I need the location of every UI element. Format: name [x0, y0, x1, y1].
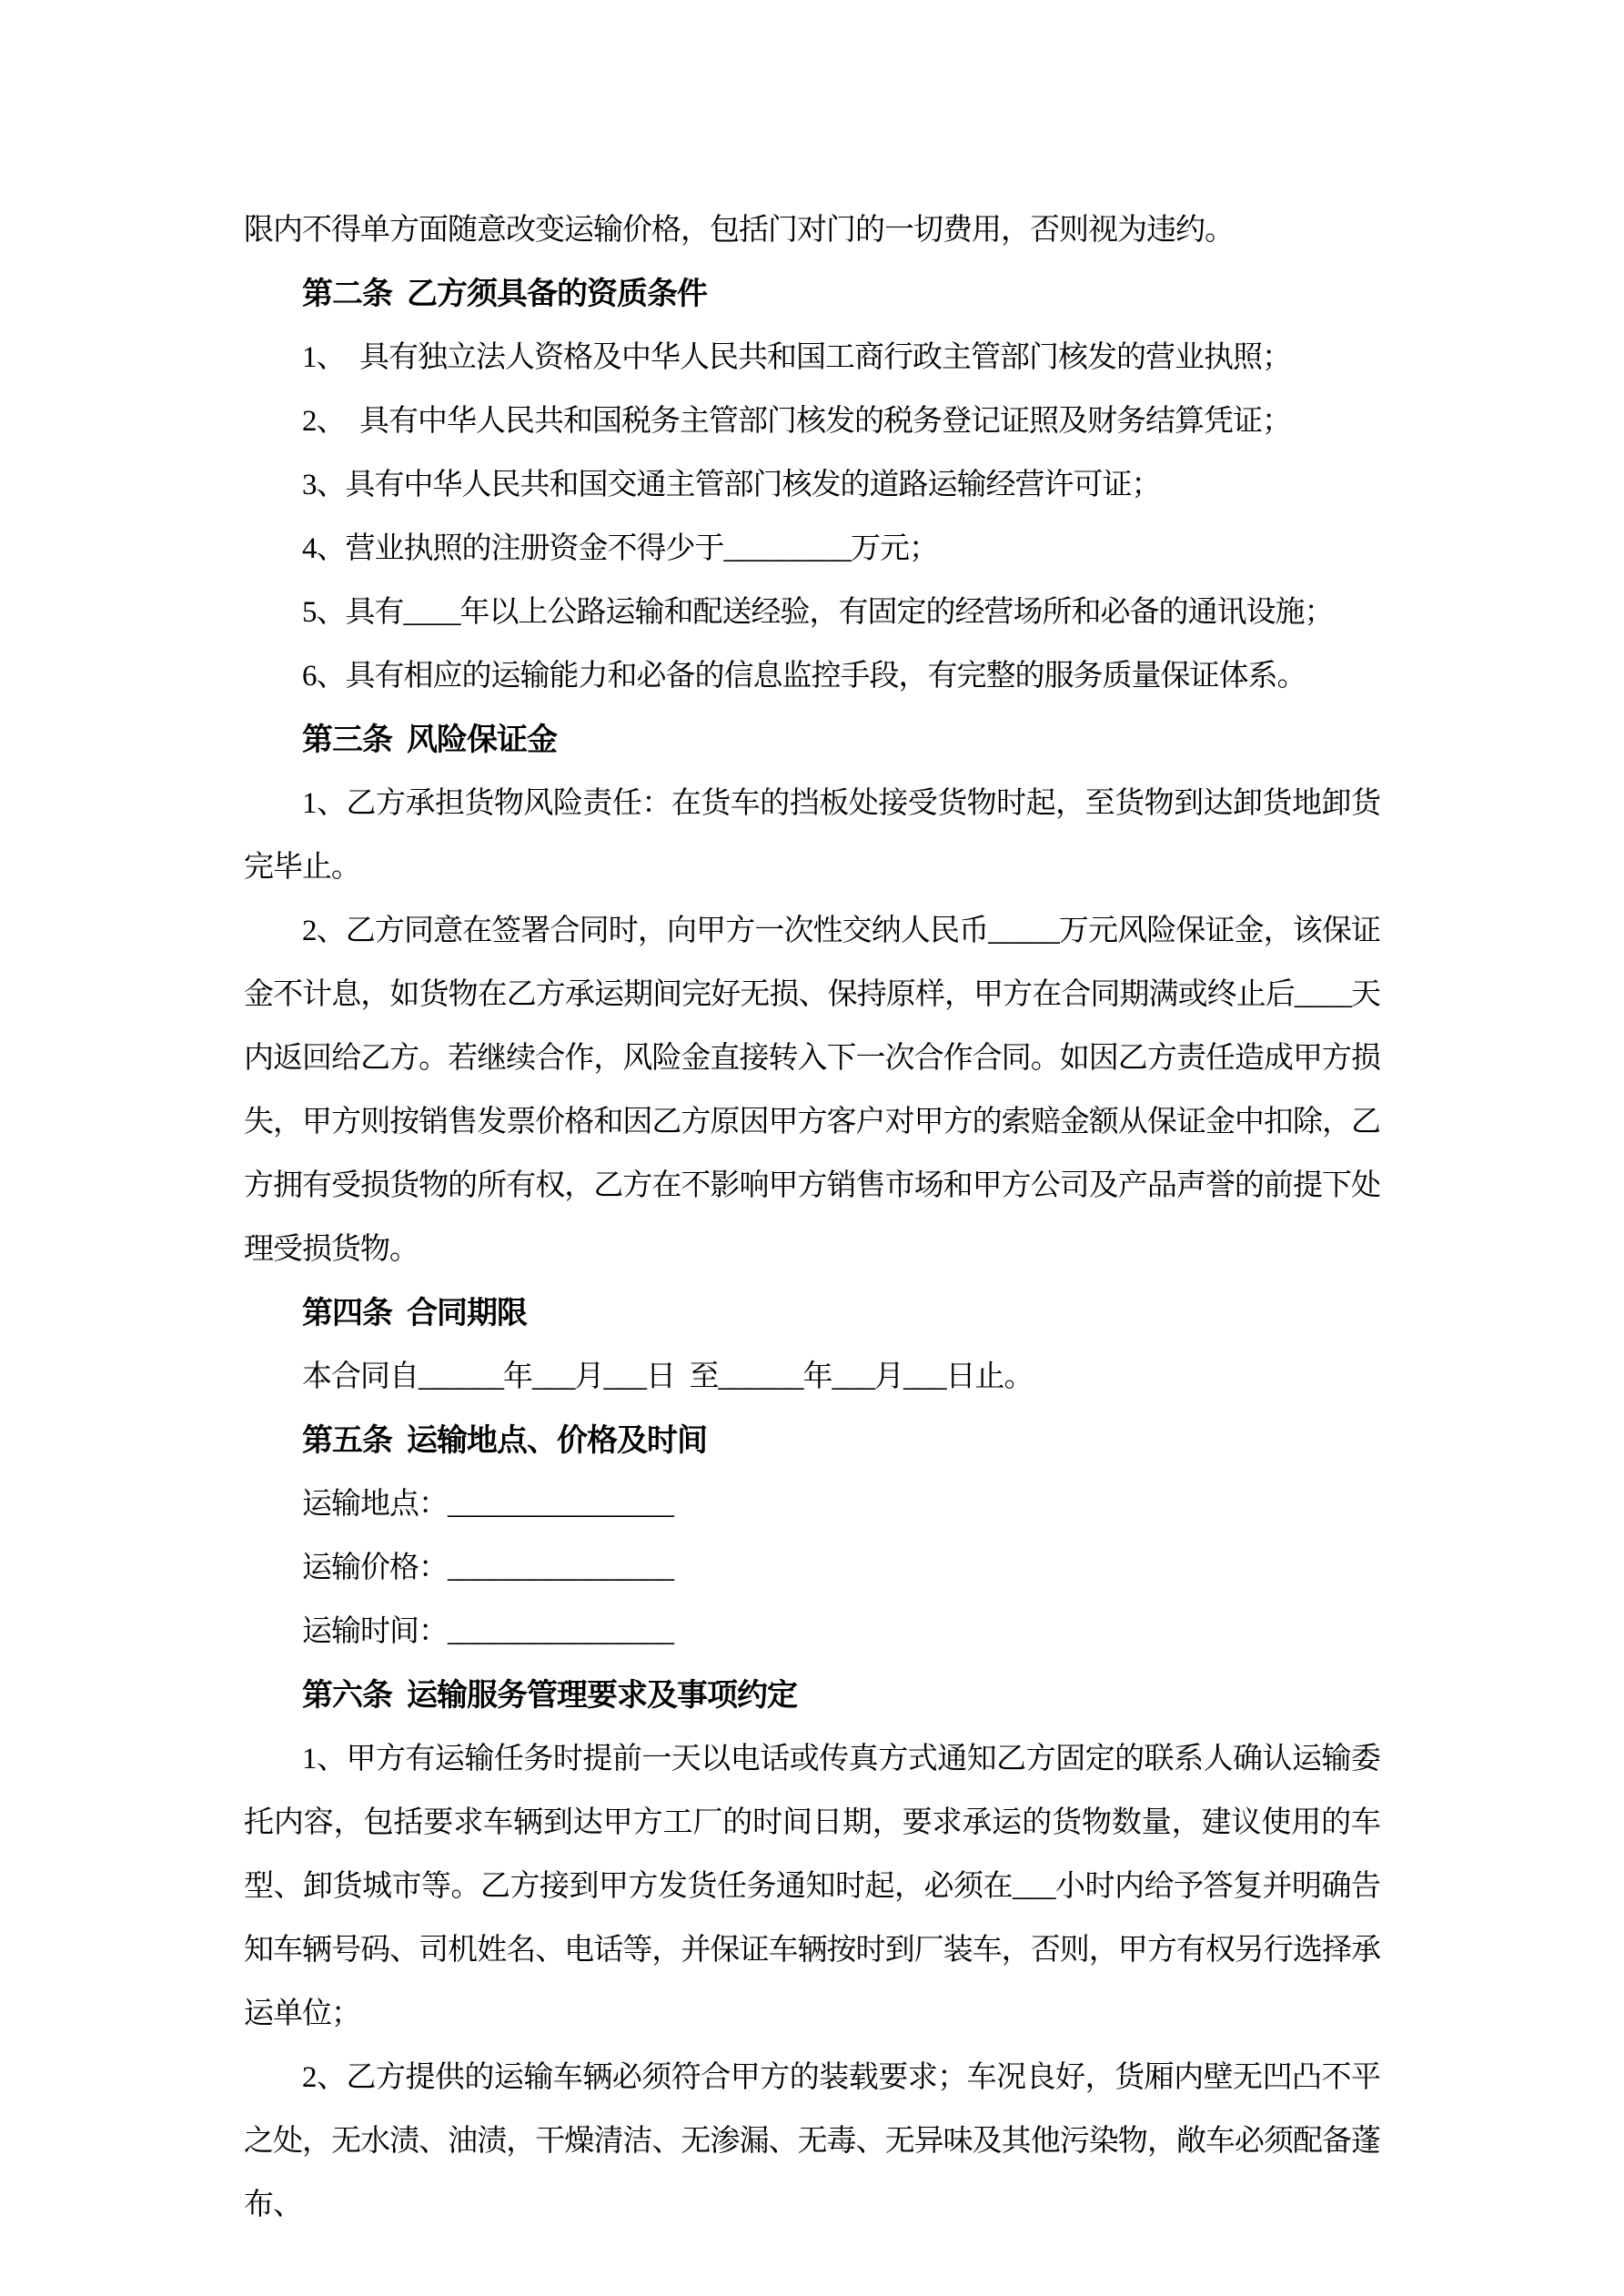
heading-article-3: 第三条 风险保证金 [244, 708, 1380, 772]
article3-item-2: 2、乙方同意在签署合同时，向甲方一次性交纳人民币_____万元风险保证金，该保证… [244, 899, 1380, 1281]
article6-item-1: 1、甲方有运输任务时提前一天以电话或传真方式通知乙方固定的联系人确认运输委托内容… [244, 1727, 1380, 2046]
heading-article-4: 第四条 合同期限 [244, 1281, 1380, 1345]
article2-item-1: 1、 具有独立法人资格及中华人民共和国工商行政主管部门核发的营业执照； [244, 326, 1380, 389]
paragraph-price-change-continuation: 限内不得单方面随意改变运输价格，包括门对门的一切费用，否则视为违约。 [244, 198, 1380, 262]
article5-transport-price-line: 运输价格：________________ [244, 1536, 1380, 1600]
article2-item-6: 6、具有相应的运输能力和必备的信息监控手段，有完整的服务质量保证体系。 [244, 644, 1380, 708]
article4-contract-term-line: 本合同自______年___月___日 至______年___月___日止。 [244, 1345, 1380, 1409]
article5-transport-time-line: 运输时间：________________ [244, 1600, 1380, 1664]
heading-article-2: 第二条 乙方须具备的资质条件 [244, 262, 1380, 326]
article6-item-2: 2、乙方提供的运输车辆必须符合甲方的装载要求；车况良好，货厢内壁无凹凸不平之处，… [244, 2046, 1380, 2237]
heading-article-5: 第五条 运输地点、价格及时间 [244, 1409, 1380, 1472]
heading-article-6: 第六条 运输服务管理要求及事项约定 [244, 1664, 1380, 1727]
article2-item-5: 5、具有____年以上公路运输和配送经验，有固定的经营场所和必备的通讯设施； [244, 581, 1380, 644]
article2-item-3: 3、具有中华人民共和国交通主管部门核发的道路运输经营许可证； [244, 453, 1380, 517]
article3-item-1: 1、乙方承担货物风险责任：在货车的挡板处接受货物时起，至货物到达卸货地卸货完毕止… [244, 772, 1380, 899]
contract-page: 限内不得单方面随意改变运输价格，包括门对门的一切费用，否则视为违约。 第二条 乙… [0, 0, 1624, 2296]
article2-item-2: 2、 具有中华人民共和国税务主管部门核发的税务登记证照及财务结算凭证； [244, 389, 1380, 453]
article2-item-4: 4、营业执照的注册资金不得少于_________万元； [244, 517, 1380, 581]
article5-transport-location-line: 运输地点：________________ [244, 1472, 1380, 1536]
